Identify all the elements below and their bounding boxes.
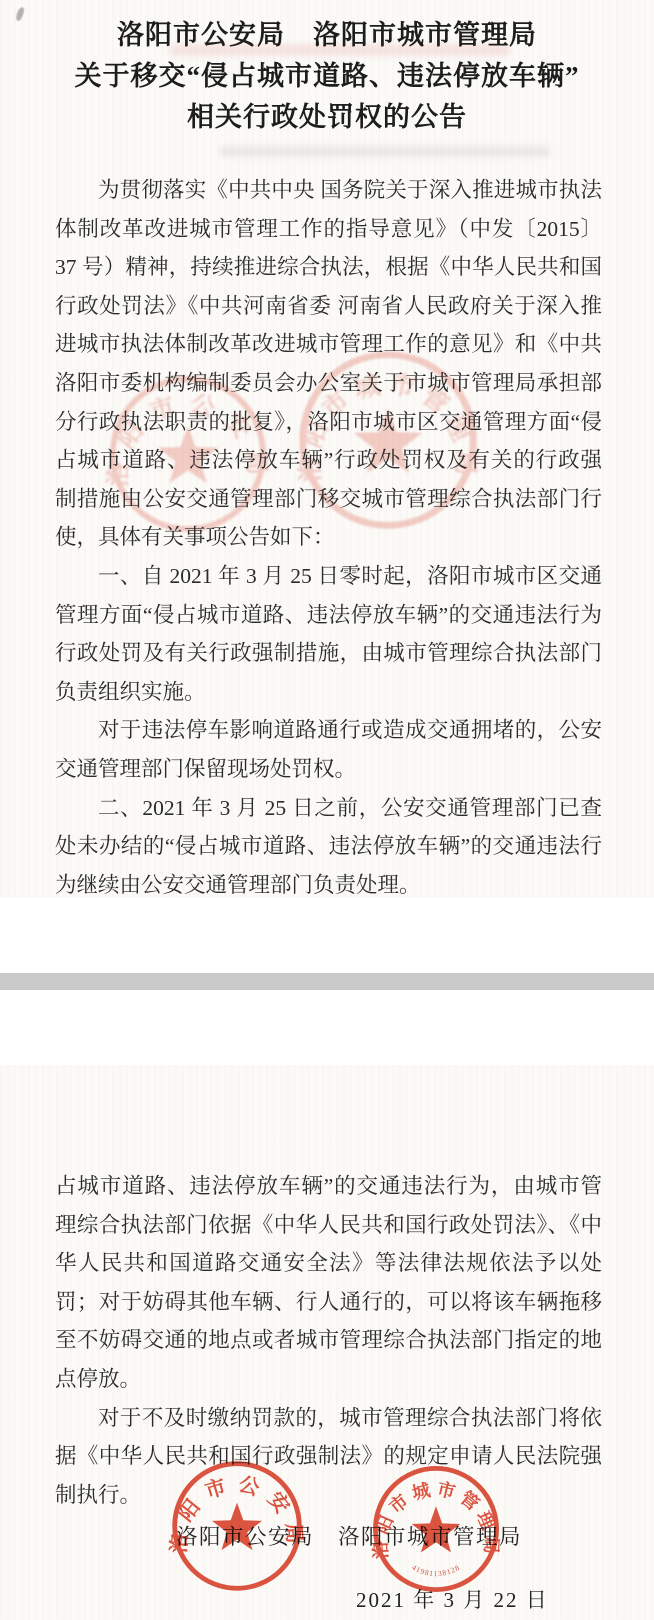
page-2-body: 占城市道路、违法停放车辆”的交通违法行为，由城市管理综合执法部门依据《中华人民共… <box>0 1065 654 1514</box>
paragraph-item-1: 一、自 2021 年 3 月 25 日零时起，洛阳市城市区交通管理方面“侵占城市… <box>55 557 602 711</box>
page-2: 占城市道路、违法停放车辆”的交通违法行为，由城市管理综合执法部门依据《中华人民共… <box>0 1065 654 1620</box>
title-line-3: 相关行政处罚权的公告 <box>0 97 654 138</box>
seal-star-icon <box>412 1506 461 1552</box>
ink-bleed-mark <box>220 146 550 157</box>
title-line-1: 洛阳市公安局 洛阳市城市管理局 <box>0 15 654 56</box>
scan-white-gap <box>0 898 654 973</box>
document-title: 洛阳市公安局 洛阳市城市管理局 关于移交“侵占城市道路、违法停放车辆” 相关行政… <box>0 0 654 138</box>
paragraph-item-1-note: 对于违法停车影响道路通行或造成交通拥堵的，公安交通管理部门保留现场处罚权。 <box>55 711 602 788</box>
official-seal-police: 洛阳市公安局 <box>164 1453 310 1599</box>
scanned-announcement-document: 洛阳市公安局 洛阳市城市管理局 关于移交“侵占城市道路、违法停放车辆” 相关行政… <box>0 0 654 1620</box>
paragraph-intro: 为贯彻落实《中共中央 国务院关于深入推进城市执法体制改革改进城市管理工作的指导意… <box>55 171 602 557</box>
svg-text:41981138128: 41981138128 <box>410 1563 461 1578</box>
paragraph-item-3-continued: 占城市道路、违法停放车辆”的交通违法行为，由城市管理综合执法部门依据《中华人民共… <box>55 1167 602 1399</box>
scan-divider-band <box>0 973 654 990</box>
page-1-body: 为贯彻落实《中共中央 国务院关于深入推进城市执法体制改革改进城市管理工作的指导意… <box>0 171 654 898</box>
paragraph-enforcement: 对于不及时缴纳罚款的，城市管理综合执法部门将依据《中华人民共和国行政强制法》的规… <box>55 1399 602 1515</box>
title-line-2: 关于移交“侵占城市道路、违法停放车辆” <box>0 56 654 97</box>
seal-registration-code: 41981138128 <box>410 1563 461 1578</box>
paragraph-item-2: 二、2021 年 3 月 25 日之前，公安交通管理部门已查处未办结的“侵占城市… <box>55 789 602 899</box>
seal-star-icon <box>212 1503 262 1550</box>
page-1: 洛阳市公安局 洛阳市城市管理局 关于移交“侵占城市道路、违法停放车辆” 相关行政… <box>0 0 654 898</box>
scan-white-gap <box>0 990 654 1065</box>
official-seal-city-mgmt: 洛阳市城市管理局 41981138128 <box>365 1458 507 1600</box>
